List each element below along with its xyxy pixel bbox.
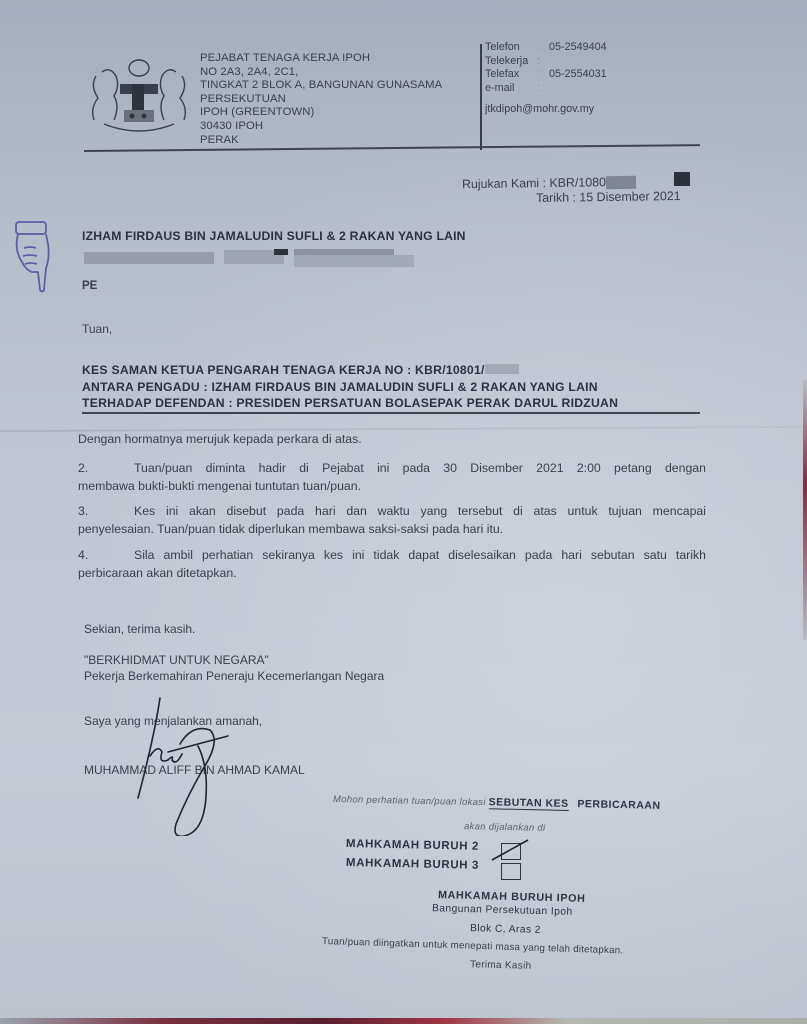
option-perbicaraan: PERBICARAAN: [577, 798, 660, 812]
address-line: PERSEKUTUAN: [200, 93, 442, 107]
office-address: PEJABAT TENAGA KERJA IPOH NO 2A3, 2A4, 2…: [200, 52, 442, 147]
reference-number: Rujukan Kami : KBR/1080: [462, 175, 636, 192]
address-line: TINGKAT 2 BLOK A, BANGUNAN GUNASAMA: [200, 79, 442, 93]
colon: :: [537, 55, 549, 69]
checkbox-court-3[interactable]: [501, 863, 521, 880]
address-line: NO 2A3, 2A4, 2C1,: [200, 66, 442, 80]
paragraph-3: 3.Kes ini akan disebut pada hari dan wak…: [78, 502, 706, 538]
check-mark-icon: [488, 836, 532, 862]
case-divider: [82, 412, 700, 414]
motto: "BERKHIDMAT UNTUK NEGARA" Pekerja Berkem…: [84, 652, 384, 684]
recipient-name: IZHAM FIRDAUS BIN JAMALUDIN SUFLI & 2 RA…: [82, 229, 466, 243]
case-number-text: KES SAMAN KETUA PENGARAH TENAGA KERJA NO…: [82, 363, 485, 377]
tagline: Pekerja Berkemahiran Peneraju Kecemerlan…: [84, 668, 384, 684]
paragraph-text: perbicaraan akan ditetapkan.: [78, 564, 706, 582]
redacted-block: [485, 364, 519, 374]
address-line: PEJABAT TENAGA KERJA IPOH: [200, 52, 442, 66]
redacted-block: [674, 172, 690, 186]
address-line: IPOH (GREENTOWN): [200, 106, 442, 120]
paragraph-text: Tuan/puan diminta hadir di Pejabat ini p…: [134, 459, 706, 477]
contact-telefon: Telefon : 05-2549404: [485, 41, 607, 55]
email-address[interactable]: jtkdipoh@mohr.gov.my: [485, 103, 607, 117]
case-number: KES SAMAN KETUA PENGARAH TENAGA KERJA NO…: [82, 362, 618, 379]
contact-label: e-mail: [485, 82, 537, 96]
contact-label: Telekerja: [485, 55, 537, 69]
contact-email: e-mail :: [485, 82, 607, 96]
contact-block: Telefon : 05-2549404 Telekerja : Telefax…: [485, 41, 607, 117]
contact-label: Telefon: [485, 41, 537, 55]
redacted-block: [294, 255, 414, 267]
paragraph-number: 4.: [78, 546, 134, 564]
colon: :: [537, 41, 549, 55]
coat-of-arms-icon: [84, 58, 194, 138]
stamp-thanks: Terima Kasih: [470, 959, 532, 972]
background-edge: [803, 380, 807, 640]
pointing-hand-icon: [14, 220, 52, 294]
salutation: Tuan,: [82, 322, 112, 336]
paragraph-number: 2.: [78, 459, 134, 477]
letter-date: Tarikh : 15 Disember 2021: [536, 189, 681, 205]
option-sebutan-kes: SEBUTAN KES: [489, 796, 569, 811]
closing-thanks: Sekian, terima kasih.: [84, 622, 195, 636]
paragraph-2: 2.Tuan/puan diminta hadir di Pejabat ini…: [78, 459, 706, 495]
colon: :: [537, 68, 549, 82]
colon: :: [537, 82, 549, 96]
signature-icon: [130, 696, 230, 836]
paragraph-text: Sila ambil perhatian sekiranya kes ini t…: [134, 546, 706, 564]
address-line: PERAK: [200, 134, 442, 148]
paragraph-4: 4.Sila ambil perhatian sekiranya kes ini…: [78, 546, 706, 582]
redacted-block: [606, 176, 636, 189]
case-title: KES SAMAN KETUA PENGARAH TENAGA KERJA NO…: [82, 362, 618, 412]
paragraph-text: membawa bukti-bukti mengenai tuntutan tu…: [78, 477, 706, 495]
contact-label: Telefax: [485, 68, 537, 82]
case-plaintiff: ANTARA PENGADU : IZHAM FIRDAUS BIN JAMAL…: [82, 379, 618, 396]
contact-telekerja: Telekerja :: [485, 55, 607, 69]
contact-value: 05-2554031: [549, 68, 607, 82]
motto-line: "BERKHIDMAT UNTUK NEGARA": [84, 652, 384, 668]
reference-label: Rujukan Kami : KBR/1080: [462, 175, 606, 191]
court-block: Blok C, Aras 2: [470, 923, 541, 936]
paragraph-number: 3.: [78, 502, 134, 520]
contact-telefax: Telefax : 05-2554031: [485, 68, 607, 82]
redacted-block: [274, 249, 288, 255]
background-strip: [0, 1018, 807, 1024]
paragraph-text: penyelesaian. Tuan/puan tidak diperlukan…: [78, 520, 706, 538]
paragraph-text: Kes ini akan disebut pada hari dan waktu…: [134, 502, 706, 520]
opening-line: Dengan hormatnya merujuk kepada perkara …: [78, 430, 362, 448]
header-divider-vertical: [480, 44, 482, 150]
case-defendant: TERHADAP DEFENDAN : PRESIDEN PERSATUAN B…: [82, 395, 618, 412]
redacted-block: [84, 252, 214, 264]
address-line: 30430 IPOH: [200, 120, 442, 134]
contact-value: 05-2549404: [549, 41, 607, 55]
recipient-state: PE: [82, 280, 97, 292]
stamp-notice-end: akan dijalankan di: [464, 821, 546, 834]
